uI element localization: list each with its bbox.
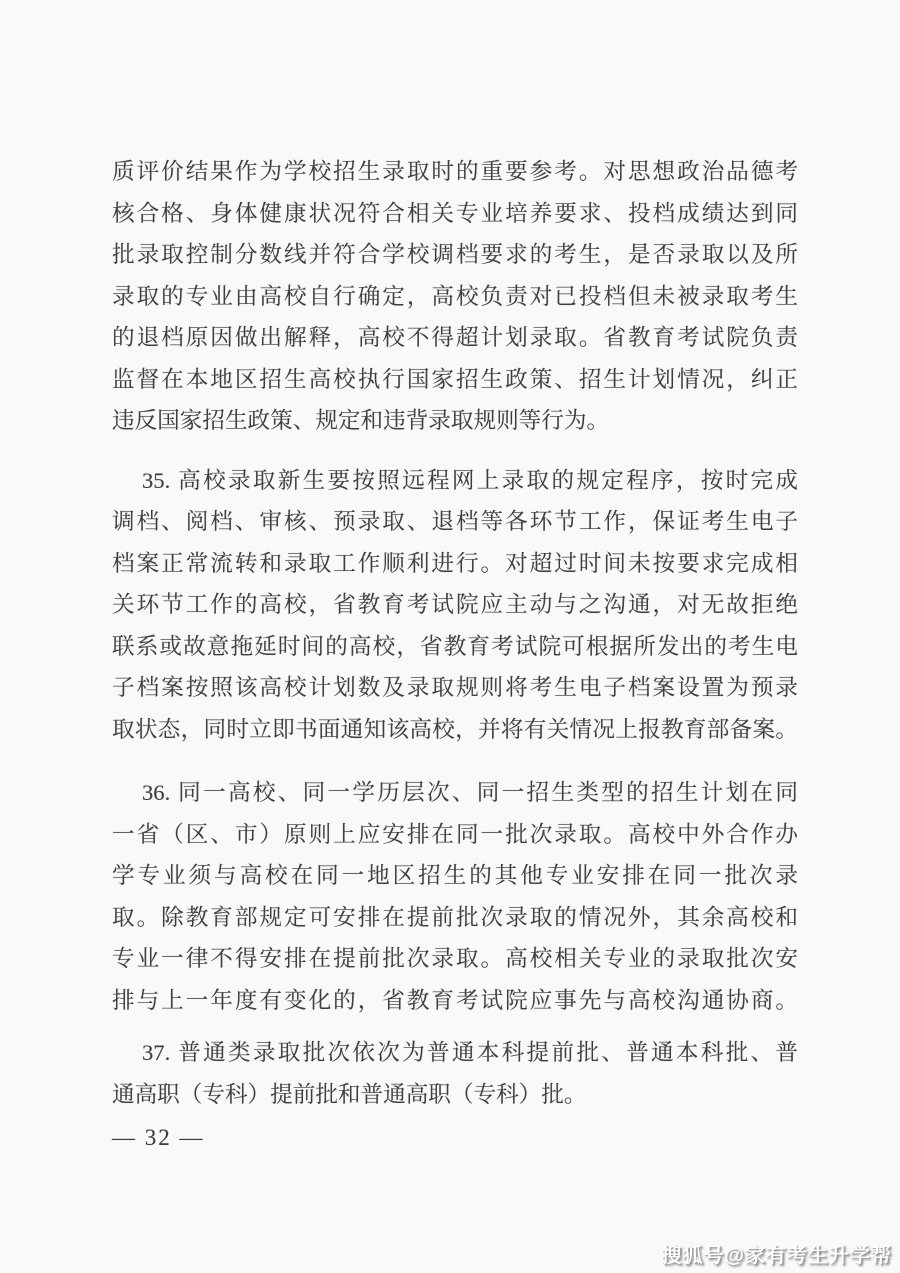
- text-line: 批录取控制分数线并符合学校调档要求的考生，是否录取以及所: [112, 234, 798, 276]
- text-line: 关环节工作的高校，省教育考试院应主动与之沟通，对无故拒绝: [112, 584, 798, 626]
- text-line: 联系或故意拖延时间的高校，省教育考试院可根据所发出的考生电: [112, 626, 798, 668]
- text-line: 违反国家招生政策、规定和违背录取规则等行为。: [112, 400, 798, 442]
- text-line: 核合格、身体健康状况符合相关专业培养要求、投档成绩达到同: [112, 193, 798, 235]
- text-line: 取状态，同时立即书面通知该高校，并将有关情况上报教育部备案。: [112, 709, 798, 751]
- text-line: 排与上一年度有变化的，省教育考试院应事先与高校沟通协商。: [112, 980, 798, 1022]
- paragraph-item-36: 36. 同一高校、同一学历层次、同一招生类型的招生计划在同一省（区、市）原则上应…: [112, 772, 798, 1021]
- text-line: 的退档原因做出解释，高校不得超计划录取。省教育考试院负责: [112, 317, 798, 359]
- text-line: 35. 高校录取新生要按照远程网上录取的规定程序，按时完成: [112, 460, 798, 502]
- document-body: 质评价结果作为学校招生录取时的重要参考。对思想政治品德考核合格、身体健康状况符合…: [112, 151, 798, 1159]
- document-page: 质评价结果作为学校招生录取时的重要参考。对思想政治品德考核合格、身体健康状况符合…: [0, 0, 900, 1273]
- text-line: 监督在本地区招生高校执行国家招生政策、招生计划情况，纠正: [112, 359, 798, 401]
- text-line: 档案正常流转和录取工作顺利进行。对超过时间未按要求完成相: [112, 543, 798, 585]
- text-line: 通高职（专科）提前批和普通高职（专科）批。: [112, 1074, 798, 1116]
- text-line: 学专业须与高校在同一地区招生的其他专业安排在同一批次录: [112, 855, 798, 897]
- page-number: — 32 —: [112, 1117, 798, 1159]
- watermark-text: 搜狐号@家有考生升学帮: [661, 1239, 892, 1268]
- text-line: 一省（区、市）原则上应安排在同一批次录取。高校中外合作办: [112, 814, 798, 856]
- text-line: 录取的专业由高校自行确定，高校负责对已投档但未被录取考生: [112, 276, 798, 318]
- text-line: 37. 普通类录取批次依次为普通本科提前批、普通本科批、普: [112, 1032, 798, 1074]
- paragraph-item-35: 35. 高校录取新生要按照远程网上录取的规定程序，按时完成调档、阅档、审核、预录…: [112, 460, 798, 751]
- text-line: 调档、阅档、审核、预录取、退档等各环节工作，保证考生电子: [112, 501, 798, 543]
- paragraph-continuation: 质评价结果作为学校招生录取时的重要参考。对思想政治品德考核合格、身体健康状况符合…: [112, 151, 798, 442]
- paragraph-item-37: 37. 普通类录取批次依次为普通本科提前批、普通本科批、普通高职（专科）提前批和…: [112, 1032, 798, 1115]
- text-line: 质评价结果作为学校招生录取时的重要参考。对思想政治品德考: [112, 151, 798, 193]
- text-line: 36. 同一高校、同一学历层次、同一招生类型的招生计划在同: [112, 772, 798, 814]
- text-line: 专业一律不得安排在提前批次录取。高校相关专业的录取批次安: [112, 938, 798, 980]
- text-line: 子档案按照该高校计划数及录取规则将考生电子档案设置为预录: [112, 667, 798, 709]
- text-line: 取。除教育部规定可安排在提前批次录取的情况外，其余高校和: [112, 897, 798, 939]
